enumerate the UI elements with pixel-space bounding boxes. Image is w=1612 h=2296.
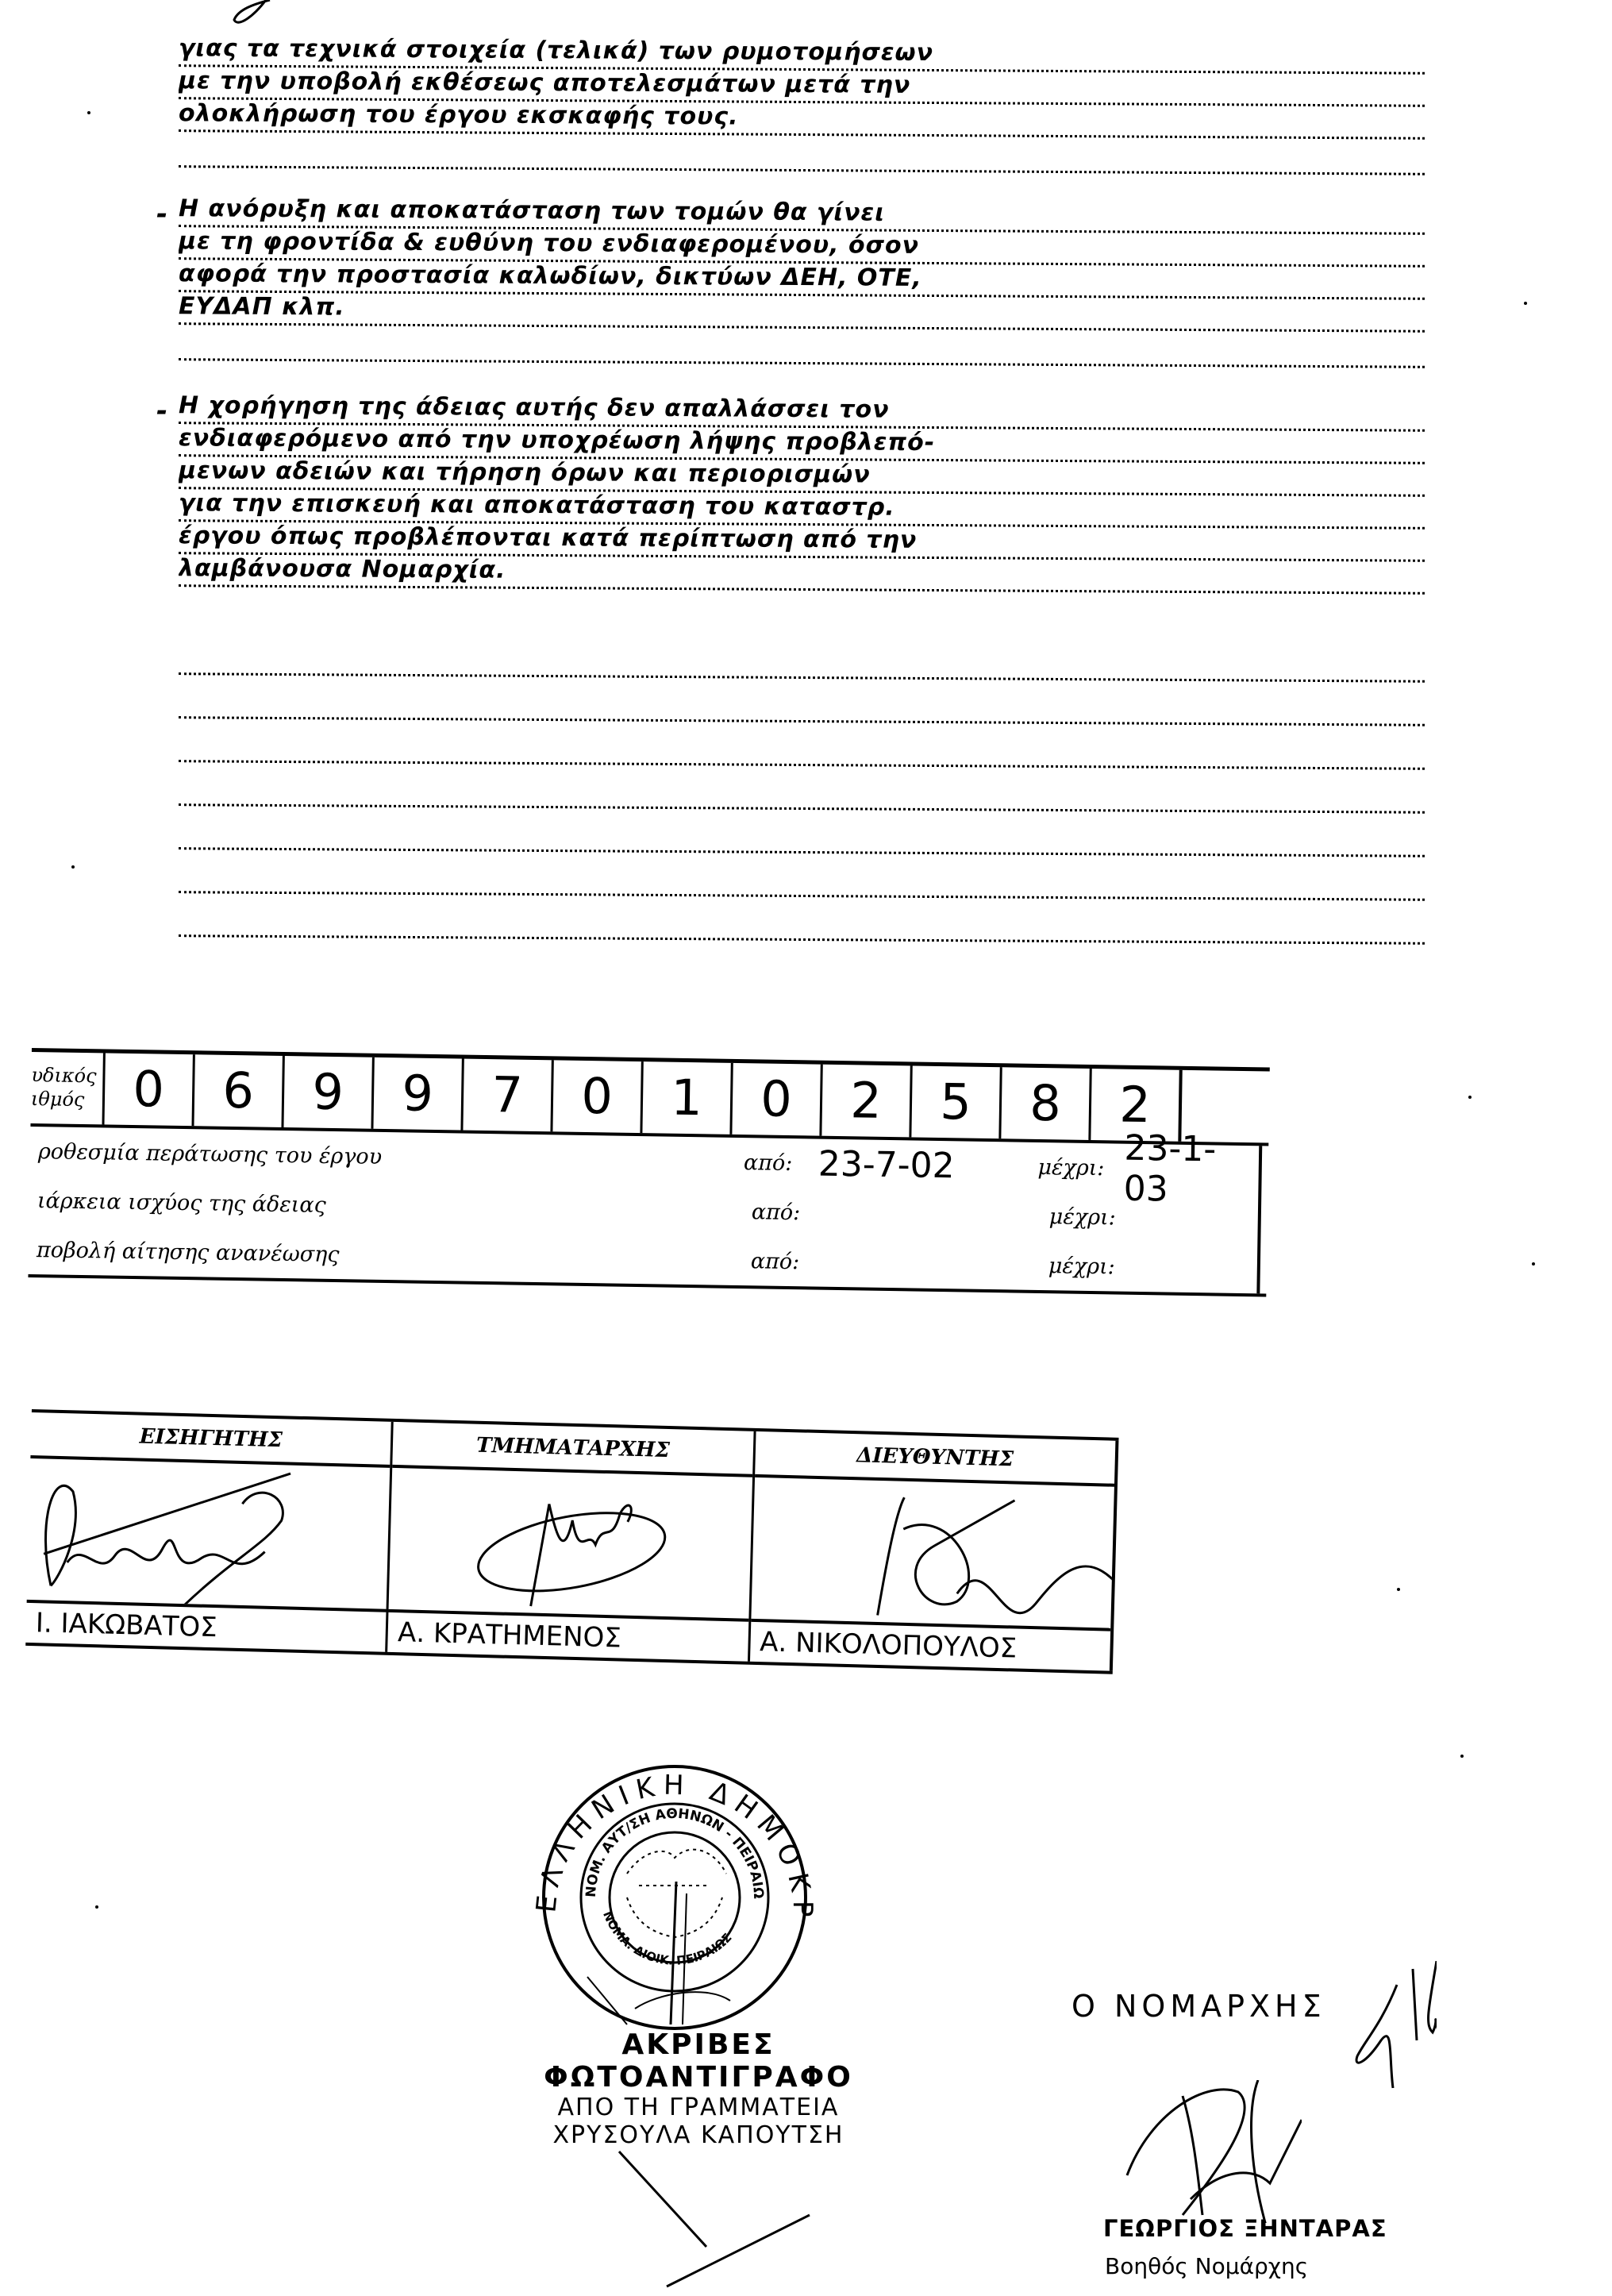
scan-noise <box>1524 302 1527 305</box>
date-row-label: ποβολή αίτησης ανανέωσης <box>29 1237 751 1273</box>
signature-column-director: ΔΙΕΥΘΥΝΤΗΣ Α. ΝΙΚΟΛΟΠΟΥΛΟΣ <box>750 1431 1119 1671</box>
code-label-line2: ιθμός <box>31 1087 102 1111</box>
bullet-dash: - <box>156 395 168 427</box>
svg-text:ΝΟΜΑ. ΔΙΟΙΚ. ΠΕΙΡΑΙΩΣ: ΝΟΜΑ. ΔΙΟΙΚ. ΠΕΙΡΑΙΩΣ <box>600 1909 734 1968</box>
to-label: μέχρι: <box>1049 1204 1137 1231</box>
date-section: ροθεσμία περάτωσης του έργου από: 23-7-0… <box>29 1127 1263 1293</box>
scan-noise <box>1468 1096 1472 1099</box>
from-label: από: <box>744 1150 818 1176</box>
signature-roles-row: ΕΙΣΗΓΗΤΗΣ Ι. ΙΑΚΩΒΑΤΟΣ ΤΜΗΜΑΤΑΡΧΗΣ Α. ΚΡ… <box>25 1412 1118 1671</box>
blank-line <box>179 718 1425 770</box>
code-digit: 8 <box>998 1067 1089 1140</box>
blank-lines-area <box>179 635 1425 941</box>
code-digit: 9 <box>371 1057 461 1131</box>
handwritten-signature-icon <box>27 1458 390 1609</box>
signature-column-section-head: ΤΜΗΜΑΤΑΡΧΗΣ Α. ΚΡΑΤΗΜΕΝΟΣ <box>387 1422 756 1662</box>
paragraph-technical-data: γιας τα τεχνικά στοιχεία (τελικά) των ρυ… <box>179 38 1425 171</box>
to-label: μέχρι: <box>1037 1154 1124 1181</box>
paragraph-removal-restoration: - Η ανόρυξη και αποκατάσταση των τομών θ… <box>179 198 1425 364</box>
scan-noise <box>1460 1755 1464 1758</box>
seal-inner-bottom-text: ΝΟΜΑ. ΔΙΟΙΚ. ΠΕΙΡΑΙΩΣ <box>600 1909 734 1968</box>
from-value: 23-7-02 <box>818 1143 1037 1187</box>
to-value: 23-1-03 <box>1123 1128 1259 1212</box>
svg-text:ΕΛΛΗΝΙΚΗ ΔΗΜΟΚΡΑΤΙΑ: ΕΛΛΗΝΙΚΗ ΔΗΜΟΚΡΑΤΙΑ <box>508 1755 818 1925</box>
certified-copy-line: ΑΚΡΙΒΕΣ ΦΩΤΟΑΝΤΙΓΡΑΦΟ <box>476 2028 921 2094</box>
from-value <box>827 1213 1049 1216</box>
scan-noise <box>71 865 75 869</box>
scan-noise <box>87 111 90 114</box>
handwritten-signature-icon <box>389 1468 752 1619</box>
signature-column-rapporteur: ΕΙΣΗΓΗΤΗΣ Ι. ΙΑΚΩΒΑΤΟΣ <box>25 1412 394 1652</box>
code-digit: 6 <box>191 1054 282 1127</box>
code-label-line1: υδικός <box>31 1063 102 1088</box>
blank-line <box>179 893 1425 945</box>
scan-noise <box>1397 1588 1400 1591</box>
governor-role: Βοηθός Νομάρχης <box>1105 2253 1308 2279</box>
handwritten-signature-icon <box>751 1477 1114 1628</box>
governor-signature-icon <box>1111 2080 1302 2223</box>
blank-line <box>179 762 1425 814</box>
code-number-label: υδικός ιθμός <box>31 1052 103 1124</box>
paragraph-permit-grant: - Η χορήγηση της άδειας αυτής δεν απαλλά… <box>179 395 1425 591</box>
code-number-table: υδικός ιθμός 0 6 9 9 7 0 1 0 2 5 8 2 ροθ… <box>28 1048 1269 1296</box>
from-label: από: <box>752 1200 827 1225</box>
date-row-label: ιάρκεια ισχύος της άδειας <box>29 1188 752 1223</box>
official-seal-icon: ΕΛΛΗΝΙΚΗ ΔΗΜΟΚΡΑΤΙΑ ΝΟΜ. ΑΥΤ/ΣΗ ΑΘΗΝΩΝ -… <box>508 1755 841 2056</box>
blank-line <box>179 806 1425 857</box>
seal-outer-text: ΕΛΛΗΝΙΚΗ ΔΗΜΟΚΡΑΤΙΑ <box>508 1755 818 1925</box>
initials-mark-icon <box>1349 1961 1437 2096</box>
signatures-table: ΕΙΣΗΓΗΤΗΣ Ι. ΙΑΚΩΒΑΤΟΣ ΤΜΗΜΑΤΑΡΧΗΣ Α. ΚΡ… <box>25 1409 1118 1674</box>
blank-line <box>179 132 1425 175</box>
code-digit: 7 <box>460 1059 551 1132</box>
from-label: από: <box>751 1249 826 1274</box>
code-digit: 1 <box>640 1061 730 1135</box>
blank-line <box>179 631 1425 683</box>
scan-noise <box>1532 1262 1535 1265</box>
code-digit: 9 <box>281 1056 371 1129</box>
from-value <box>826 1262 1048 1265</box>
code-digit: 2 <box>819 1065 910 1138</box>
text-line: λαμβάνουσα Νομαρχία. <box>179 554 1425 595</box>
signature-area <box>389 1468 752 1622</box>
date-row-label: ροθεσμία περάτωσης του έργου <box>30 1138 744 1174</box>
bullet-dash: - <box>156 198 168 230</box>
signature-area <box>751 1477 1114 1631</box>
code-digit: 5 <box>909 1065 999 1138</box>
governor-name: ΓΕΩΡΓΙΟΣ ΞΗΝΤΑΡΑΣ <box>1103 2215 1387 2242</box>
blank-line <box>179 325 1425 368</box>
code-digit: 0 <box>102 1053 192 1126</box>
scan-noise <box>95 1905 98 1909</box>
code-digit: 0 <box>729 1063 820 1136</box>
to-label: μέχρι: <box>1048 1254 1136 1280</box>
stamp-signature-stroke <box>603 2104 841 2294</box>
blank-line <box>179 675 1425 726</box>
governor-title: Ο ΝΟΜΑΡΧΗΣ <box>1071 1989 1326 2024</box>
code-digit: 0 <box>550 1060 641 1133</box>
signature-area <box>27 1458 390 1612</box>
blank-line <box>179 849 1425 901</box>
